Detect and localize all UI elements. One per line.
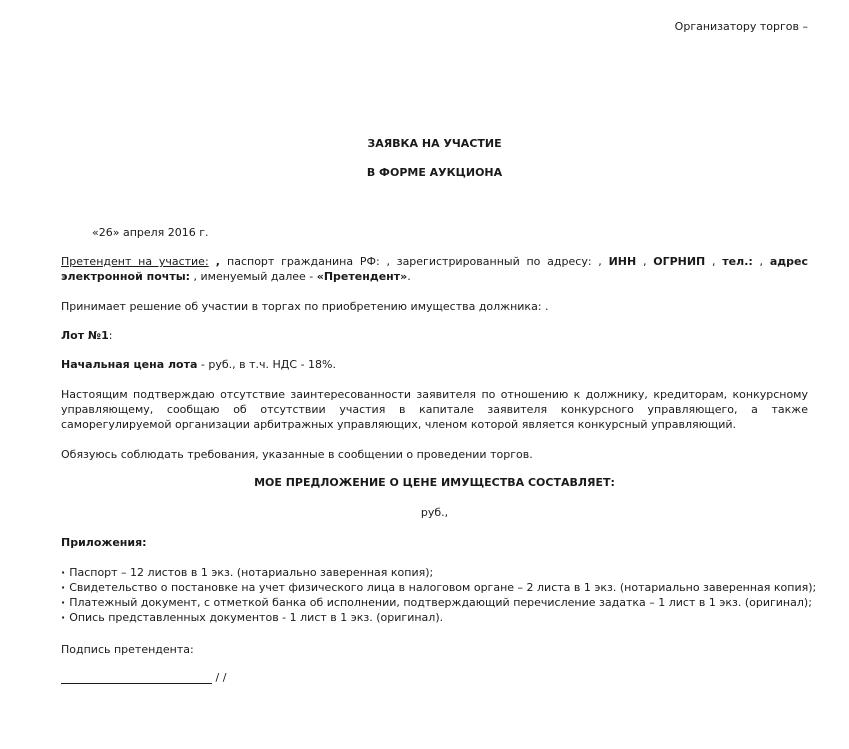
document-title: ЗАЯВКА НА УЧАСТИЕ bbox=[0, 137, 849, 150]
starting-price-text: - руб., в т.ч. НДС - 18%. bbox=[197, 358, 336, 371]
applicant-paragraph: Претендент на участие: , паспорт граждан… bbox=[61, 254, 808, 284]
applicant-comma: , bbox=[209, 255, 227, 268]
attachment-item: Опись представленных документов - 1 лист… bbox=[61, 610, 816, 625]
decision-paragraph: Принимает решение об участии в торгах по… bbox=[61, 299, 808, 314]
lot-line: Лот №1: bbox=[61, 328, 808, 343]
applicant-passport: паспорт гражданина РФ: , зарегистрирован… bbox=[227, 255, 609, 268]
signature-suffix: / / bbox=[212, 671, 226, 684]
attachment-item: Паспорт – 12 листов в 1 экз. (нотариальн… bbox=[61, 565, 816, 580]
applicant-label: Претендент на участие: bbox=[61, 255, 209, 268]
separator: , bbox=[705, 255, 722, 268]
attachments-list: Паспорт – 12 листов в 1 экз. (нотариальн… bbox=[61, 565, 816, 625]
confirmation-paragraph: Настоящим подтверждаю отсутствие заинтер… bbox=[61, 387, 808, 432]
starting-price-label: Начальная цена лота bbox=[61, 358, 197, 371]
starting-price-line: Начальная цена лота - руб., в т.ч. НДС -… bbox=[61, 357, 808, 372]
inn-label: ИНН bbox=[609, 255, 637, 268]
attachment-item: Платежный документ, с отметкой банка об … bbox=[61, 595, 816, 610]
separator: , bbox=[636, 255, 653, 268]
offer-value: руб., bbox=[0, 506, 849, 519]
document-page: Организатору торгов – ЗАЯВКА НА УЧАСТИЕ … bbox=[0, 0, 849, 749]
addressee: Организатору торгов – bbox=[675, 20, 808, 33]
signature-blank bbox=[61, 671, 212, 684]
applicant-called: , именуемый далее - bbox=[190, 270, 317, 283]
lot-label: Лот №1 bbox=[61, 329, 109, 342]
application-date: «26» апреля 2016 г. bbox=[92, 225, 839, 240]
phone-label: тел.: bbox=[722, 255, 752, 268]
period: . bbox=[407, 270, 411, 283]
attachment-item: Свидетельство о постановке на учет физич… bbox=[61, 580, 816, 595]
obligation-paragraph: Обязуюсь соблюдать требования, указанные… bbox=[61, 447, 808, 462]
signature-label: Подпись претендента: bbox=[61, 642, 808, 657]
offer-heading: МОЕ ПРЕДЛОЖЕНИЕ О ЦЕНЕ ИМУЩЕСТВА СОСТАВЛ… bbox=[0, 476, 849, 489]
ogrnip-label: ОГРНИП bbox=[653, 255, 705, 268]
document-subtitle: В ФОРМЕ АУКЦИОНА bbox=[0, 166, 849, 179]
signature-line: / / bbox=[61, 671, 226, 684]
lot-suffix: : bbox=[109, 329, 113, 342]
attachments-heading: Приложения: bbox=[61, 535, 808, 550]
applicant-alias: «Претендент» bbox=[317, 270, 408, 283]
separator: , bbox=[753, 255, 770, 268]
